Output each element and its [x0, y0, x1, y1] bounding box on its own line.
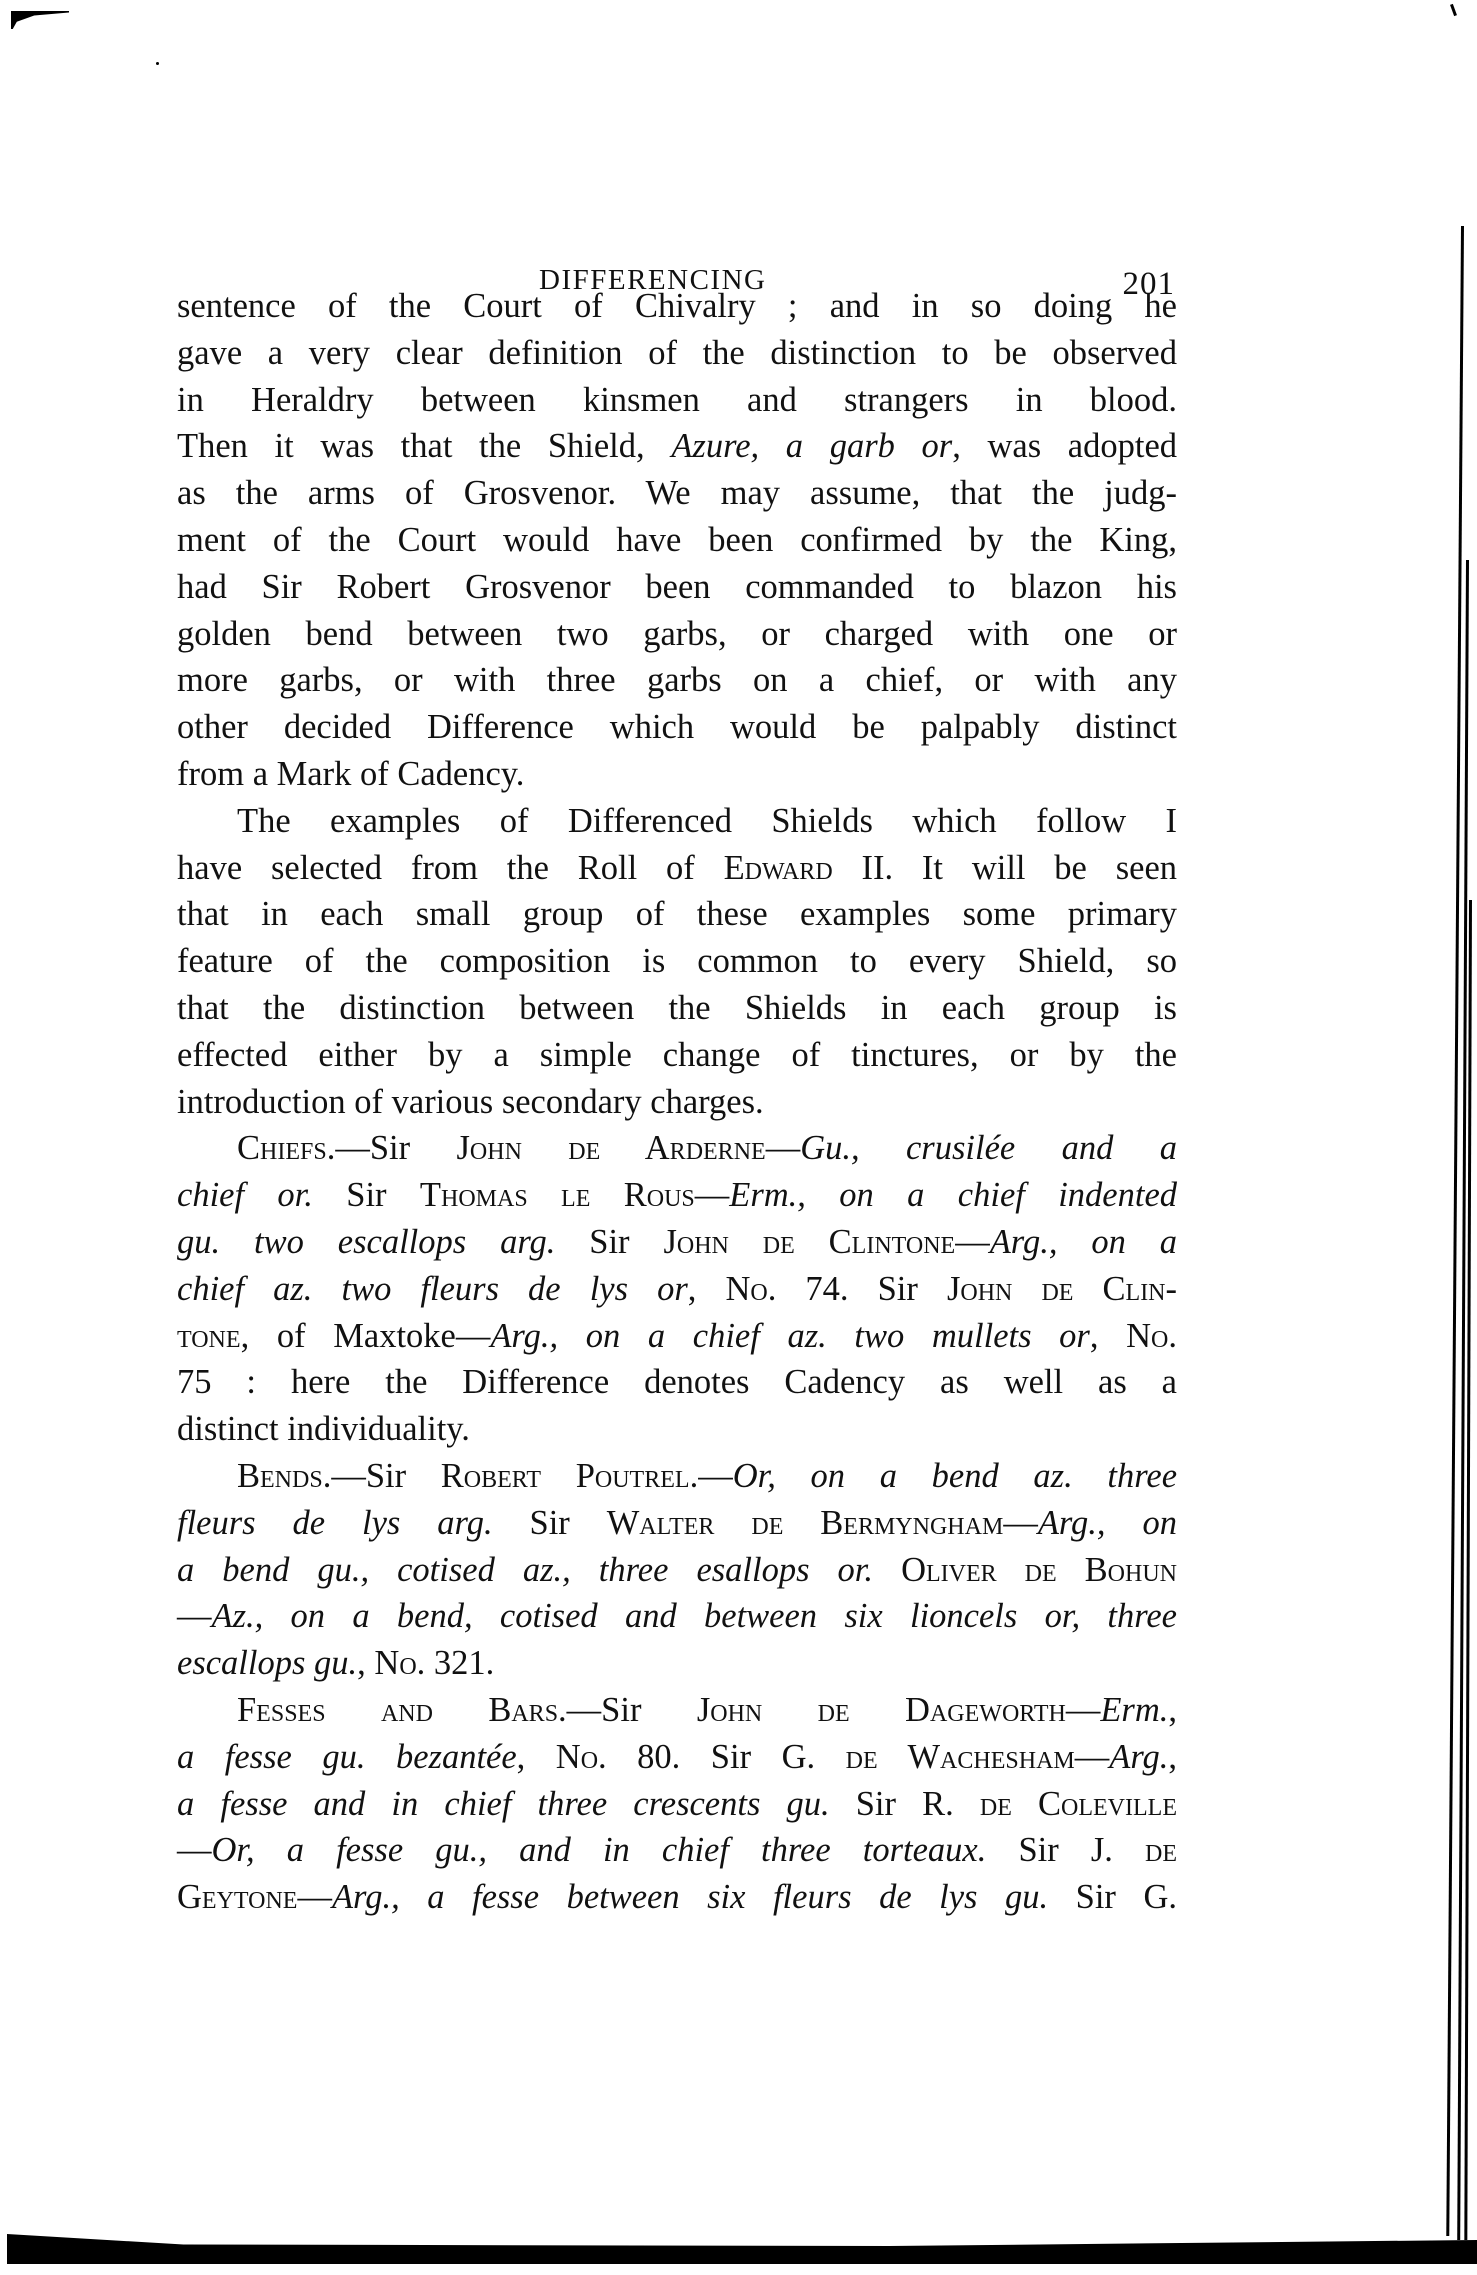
text-run: ,: [1168, 1738, 1177, 1776]
small-caps-run: Thomas le Rous: [420, 1176, 695, 1214]
text-run: .—: [690, 1457, 733, 1495]
text-run: [873, 1551, 901, 1589]
text-run: from a Mark of Cadency.: [177, 755, 524, 793]
text-run: Sir R.: [830, 1785, 980, 1823]
text-run: The examples of Differenced Shields whic…: [237, 802, 1177, 840]
text-line: distinct individuality.: [177, 1406, 1177, 1453]
text-run: had Sir Robert Grosvenor been commanded …: [177, 568, 1177, 606]
small-caps-run: Robert Poutrel: [441, 1457, 690, 1495]
text-run: . 74. Sir: [768, 1270, 947, 1308]
text-line: from a Mark of Cadency.: [177, 751, 1177, 798]
small-caps-run: Chiefs: [237, 1129, 327, 1167]
text-run: —: [177, 1597, 212, 1635]
text-run: Sir G.: [1048, 1878, 1177, 1916]
text-line: sentence of the Court of Chivalry ; and …: [177, 283, 1177, 330]
text-run: , N: [517, 1738, 581, 1776]
text-line: gu. two escallops arg. Sir John de Clint…: [177, 1219, 1177, 1266]
text-line: The examples of Differenced Shields whic…: [177, 798, 1177, 845]
small-caps-run: o: [581, 1738, 598, 1776]
small-caps-run: Walter de Bermyngham: [607, 1504, 1004, 1542]
text-run: in Heraldry between kinsmen and stranger…: [177, 381, 1177, 419]
italic-run: chief or.: [177, 1176, 313, 1214]
text-run: , N: [1090, 1317, 1151, 1355]
italic-run: a fesse and in chief three crescents gu.: [177, 1785, 830, 1823]
text-run: , N: [688, 1270, 751, 1308]
italic-run: Az., on a bend, cotised and between six …: [212, 1597, 1178, 1635]
text-run: other decided Difference which would be …: [177, 708, 1177, 746]
text-run: as the arms of Grosvenor. We may assume,…: [177, 474, 1177, 512]
text-run: .: [1168, 1317, 1177, 1355]
small-caps-run: John de Clintone: [663, 1223, 955, 1261]
text-run: Sir: [493, 1504, 607, 1542]
text-line: as the arms of Grosvenor. We may assume,…: [177, 470, 1177, 517]
text-line: —Or, a fesse gu., and in chief three tor…: [177, 1827, 1177, 1874]
text-run: have selected from the Roll of: [177, 849, 724, 887]
small-caps-run: o: [1151, 1317, 1168, 1355]
text-line: effected either by a simple change of ti…: [177, 1032, 1177, 1079]
italic-run: Arg., on: [1038, 1504, 1177, 1542]
text-line: —Az., on a bend, cotised and between six…: [177, 1593, 1177, 1640]
text-run: that in each small group of these exampl…: [177, 895, 1177, 933]
text-line: introduction of various secondary charge…: [177, 1079, 1177, 1126]
text-line: Then it was that the Shield, Azure, a ga…: [177, 423, 1177, 470]
text-line: fleurs de lys arg. Sir Walter de Bermyng…: [177, 1500, 1177, 1547]
text-line: more garbs, or with three garbs on a chi…: [177, 657, 1177, 704]
text-line: that in each small group of these exampl…: [177, 891, 1177, 938]
text-run: distinct individuality.: [177, 1410, 470, 1448]
text-run: , of Maxtoke—: [241, 1317, 491, 1355]
small-caps-run: de Wachesham: [846, 1738, 1075, 1776]
small-caps-run: John de Dageworth: [697, 1691, 1066, 1729]
italic-run: a bend gu., cotised az., three esallops …: [177, 1551, 873, 1589]
text-line: that the distinction between the Shields…: [177, 985, 1177, 1032]
text-run: Then it was that the Shield,: [177, 427, 671, 465]
text-line: Bends.—Sir Robert Poutrel.—Or, on a bend…: [177, 1453, 1177, 1500]
text-run: —: [695, 1176, 730, 1214]
text-line: gave a very clear definition of the dist…: [177, 330, 1177, 377]
text-run: Sir: [555, 1223, 663, 1261]
text-line: a bend gu., cotised az., three esallops …: [177, 1547, 1177, 1594]
text-run: —: [177, 1831, 212, 1869]
italic-run: gu. two escallops arg.: [177, 1223, 555, 1261]
text-run: —: [1075, 1738, 1110, 1776]
text-run: sentence of the Court of Chivalry ; and …: [177, 287, 1177, 325]
text-line: in Heraldry between kinsmen and stranger…: [177, 377, 1177, 424]
italic-run: Arg.: [1109, 1738, 1168, 1776]
text-line: Chiefs.—Sir John de Arderne—Gu., crusilé…: [177, 1125, 1177, 1172]
text-run: .—Sir: [558, 1691, 697, 1729]
small-caps-run: John de Arderne: [456, 1129, 765, 1167]
text-run: —: [955, 1223, 990, 1261]
text-line: ment of the Court would have been confir…: [177, 517, 1177, 564]
text-run: ment of the Court would have been confir…: [177, 521, 1177, 559]
text-run: Sir: [313, 1176, 420, 1214]
text-line: other decided Difference which would be …: [177, 704, 1177, 751]
italic-run: Or, a fesse gu., and in chief three tort…: [212, 1831, 987, 1869]
small-caps-run: Fesses and Bars: [237, 1691, 558, 1729]
italic-run: Azure, a garb or: [671, 427, 952, 465]
text-line: have selected from the Roll of Edward II…: [177, 845, 1177, 892]
italic-run: Erm.: [1100, 1691, 1168, 1729]
text-run: —: [1066, 1691, 1101, 1729]
text-run: golden bend between two garbs, or charge…: [177, 615, 1177, 653]
scan-speck-artifact: [156, 62, 159, 65]
text-run: 75 : here the Difference denotes Cadency…: [177, 1363, 1177, 1401]
text-line: chief az. two fleurs de lys or, No. 74. …: [177, 1266, 1177, 1313]
text-line: had Sir Robert Grosvenor been commanded …: [177, 564, 1177, 611]
text-run: Sir J.: [986, 1831, 1145, 1869]
small-caps-run: Geytone: [177, 1878, 297, 1916]
text-run: , was adopted: [952, 427, 1177, 465]
body-text: sentence of the Court of Chivalry ; and …: [177, 283, 1177, 1921]
text-line: escallops gu., No. 321.: [177, 1640, 1177, 1687]
text-run: —: [766, 1129, 801, 1167]
text-line: a fesse and in chief three crescents gu.…: [177, 1781, 1177, 1828]
scan-bottom-edge: [7, 2234, 1477, 2264]
text-run: . 80. Sir G.: [598, 1738, 846, 1776]
italic-run: Arg., on a chief az. two mullets or: [490, 1317, 1089, 1355]
scan-tick-artifact: [1450, 4, 1457, 16]
small-caps-run: o: [399, 1644, 416, 1682]
text-line: tone, of Maxtoke—Arg., on a chief az. tw…: [177, 1313, 1177, 1360]
small-caps-run: tone: [177, 1317, 241, 1355]
text-run: —: [297, 1878, 332, 1916]
italic-run: fleurs de lys arg.: [177, 1504, 493, 1542]
small-caps-run: John de Clin-: [947, 1270, 1177, 1308]
text-run: .—Sir: [327, 1129, 457, 1167]
text-run: . 321.: [417, 1644, 495, 1682]
text-run: II. It will be seen: [833, 849, 1177, 887]
italic-run: a fesse gu. bezantée: [177, 1738, 517, 1776]
text-run: feature of the composition is common to …: [177, 942, 1177, 980]
small-caps-run: de Coleville: [980, 1785, 1177, 1823]
text-run: —: [1003, 1504, 1038, 1542]
italic-run: escallops gu.: [177, 1644, 357, 1682]
small-caps-run: Edward: [724, 849, 833, 887]
text-line: a fesse gu. bezantée, No. 80. Sir G. de …: [177, 1734, 1177, 1781]
italic-run: Gu., crusilée and a: [800, 1129, 1177, 1167]
small-caps-run: Bends: [237, 1457, 323, 1495]
italic-run: Arg., a fesse between six fleurs de lys …: [332, 1878, 1048, 1916]
italic-run: Or, on a bend az. three: [733, 1457, 1177, 1495]
italic-run: Arg., on a: [990, 1223, 1177, 1261]
text-line: golden bend between two garbs, or charge…: [177, 611, 1177, 658]
text-run: effected either by a simple change of ti…: [177, 1036, 1177, 1074]
text-run: gave a very clear definition of the dist…: [177, 334, 1177, 372]
italic-run: chief az. two fleurs de lys or: [177, 1270, 688, 1308]
scan-corner-artifact: [11, 11, 69, 29]
text-run: , N: [357, 1644, 399, 1682]
text-line: 75 : here the Difference denotes Cadency…: [177, 1359, 1177, 1406]
text-run: that the distinction between the Shields…: [177, 989, 1177, 1027]
text-line: feature of the composition is common to …: [177, 938, 1177, 985]
small-caps-run: de: [1145, 1831, 1177, 1869]
italic-run: Erm., on a chief indented: [729, 1176, 1177, 1214]
text-run: .—Sir: [323, 1457, 441, 1495]
small-caps-run: Oliver de Bohun: [901, 1551, 1177, 1589]
text-run: more garbs, or with three garbs on a chi…: [177, 661, 1177, 699]
text-line: Geytone—Arg., a fesse between six fleurs…: [177, 1874, 1177, 1921]
text-run: introduction of various secondary charge…: [177, 1083, 764, 1121]
text-run: ,: [1168, 1691, 1177, 1729]
text-line: chief or. Sir Thomas le Rous—Erm., on a …: [177, 1172, 1177, 1219]
small-caps-run: o: [750, 1270, 767, 1308]
text-line: Fesses and Bars.—Sir John de Dageworth—E…: [177, 1687, 1177, 1734]
